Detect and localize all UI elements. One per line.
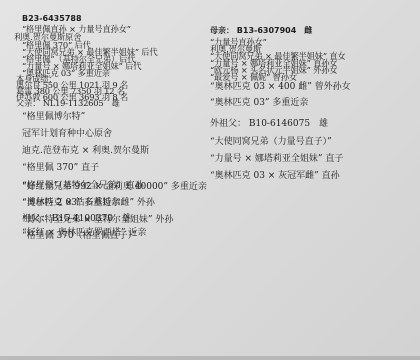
pedigree-line: 冠军计划育种中心原舍 [22, 129, 112, 139]
pedigree-line: “力量号 × 娜塔莉亚全姐妹” 直子 [210, 154, 343, 164]
pedigree-line: 迪克.范登布克 × 利奥.贺尔曼斯 [22, 146, 149, 156]
pedigree-line: “格里佩博尔特” [22, 112, 85, 122]
paper-edge [0, 356, 420, 360]
pedigree-line: “好红全兄弟 992 × 金莉奥 40000” 多重近亲 [22, 182, 207, 192]
father-heading: 父亲： NL19-1132605 雄 [16, 99, 120, 107]
pedigree-line: “奥林匹克 03” 多重近亲 [210, 98, 308, 108]
pedigree-line: “最爱号 × 佩妮” 曾孙女 [210, 73, 297, 81]
pedigree-line: “大使同窝兄弟（力量号直子）” [210, 137, 332, 147]
maternal-grandfather-heading: 外祖父： B10-6146075 雄 [210, 119, 328, 129]
pedigree-line: “格里佩 370（格里佩直子）” [22, 231, 137, 241]
grandfather-heading: 祖父： B15-4100370 雄 [22, 214, 131, 224]
pedigree-line: “奥林匹克 03 × 400 雌” 曾外孙女 [210, 82, 351, 92]
mother-heading: 母亲： B13-6307904 雌 [210, 26, 312, 36]
pedigree-line: “奥林匹克 03” 多重近亲 [22, 198, 120, 208]
pedigree-line: “奥林匹克 03 × 灰冠军雌” 直孙 [210, 171, 340, 181]
pigeon-ring-number: B23-6435788 [22, 14, 82, 24]
pedigree-line: “格里佩 370” 直子 [22, 163, 99, 173]
